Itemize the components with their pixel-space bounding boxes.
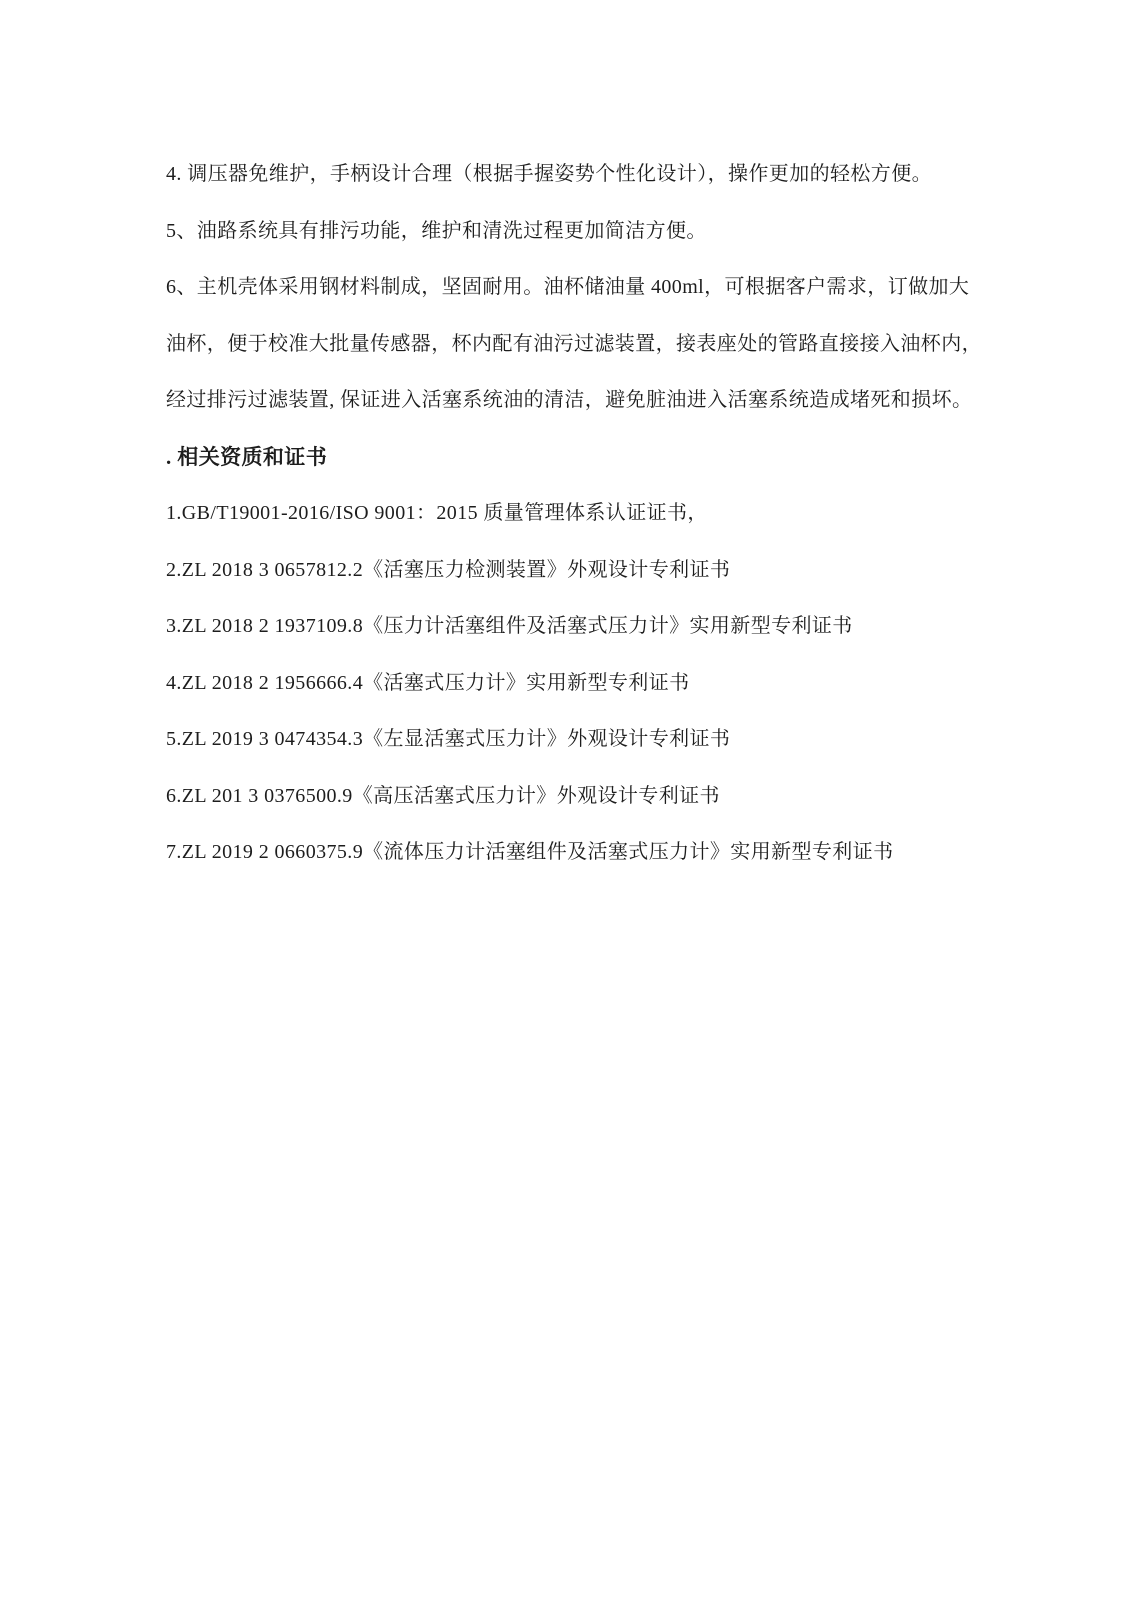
certificate-item-2: 2.ZL 2018 3 0657812.2《活塞压力检测装置》外观设计专利证书 [166,542,1031,599]
section-heading-certificates: . 相关资质和证书 [166,429,1031,486]
certificate-item-1: 1.GB/T19001-2016/ISO 9001：2015 质量管理体系认证证… [166,485,1031,542]
certificate-item-7: 7.ZL 2019 2 0660375.9《流体压力计活塞组件及活塞式压力计》实… [166,824,1031,881]
certificate-item-6: 6.ZL 201 3 0376500.9《高压活塞式压力计》外观设计专利证书 [166,768,1031,825]
certificate-item-5: 5.ZL 2019 3 0474354.3《左显活塞式压力计》外观设计专利证书 [166,711,1031,768]
certificate-item-4: 4.ZL 2018 2 1956666.4《活塞式压力计》实用新型专利证书 [166,655,1031,712]
paragraph-feature-4: 4. 调压器免维护，手柄设计合理（根据手握姿势个性化设计），操作更加的轻松方便。 [166,146,1031,203]
document-page: 4. 调压器免维护，手柄设计合理（根据手握姿势个性化设计），操作更加的轻松方便。… [0,0,1131,1600]
paragraph-feature-6-line-2: 油杯，便于校准大批量传感器，杯内配有油污过滤装置，接表座处的管路直接接入油杯内， [166,316,1031,373]
certificate-item-3: 3.ZL 2018 2 1937109.8《压力计活塞组件及活塞式压力计》实用新… [166,598,1031,655]
paragraph-feature-6-line-3: 经过排污过滤装置, 保证进入活塞系统油的清洁，避免脏油进入活塞系统造成堵死和损坏… [166,372,1031,429]
paragraph-feature-5: 5、油路系统具有排污功能，维护和清洗过程更加简洁方便。 [166,203,1031,260]
paragraph-feature-6-line-1: 6、主机壳体采用钢材料制成，坚固耐用。油杯储油量 400ml，可根据客户需求，订… [166,259,1031,316]
